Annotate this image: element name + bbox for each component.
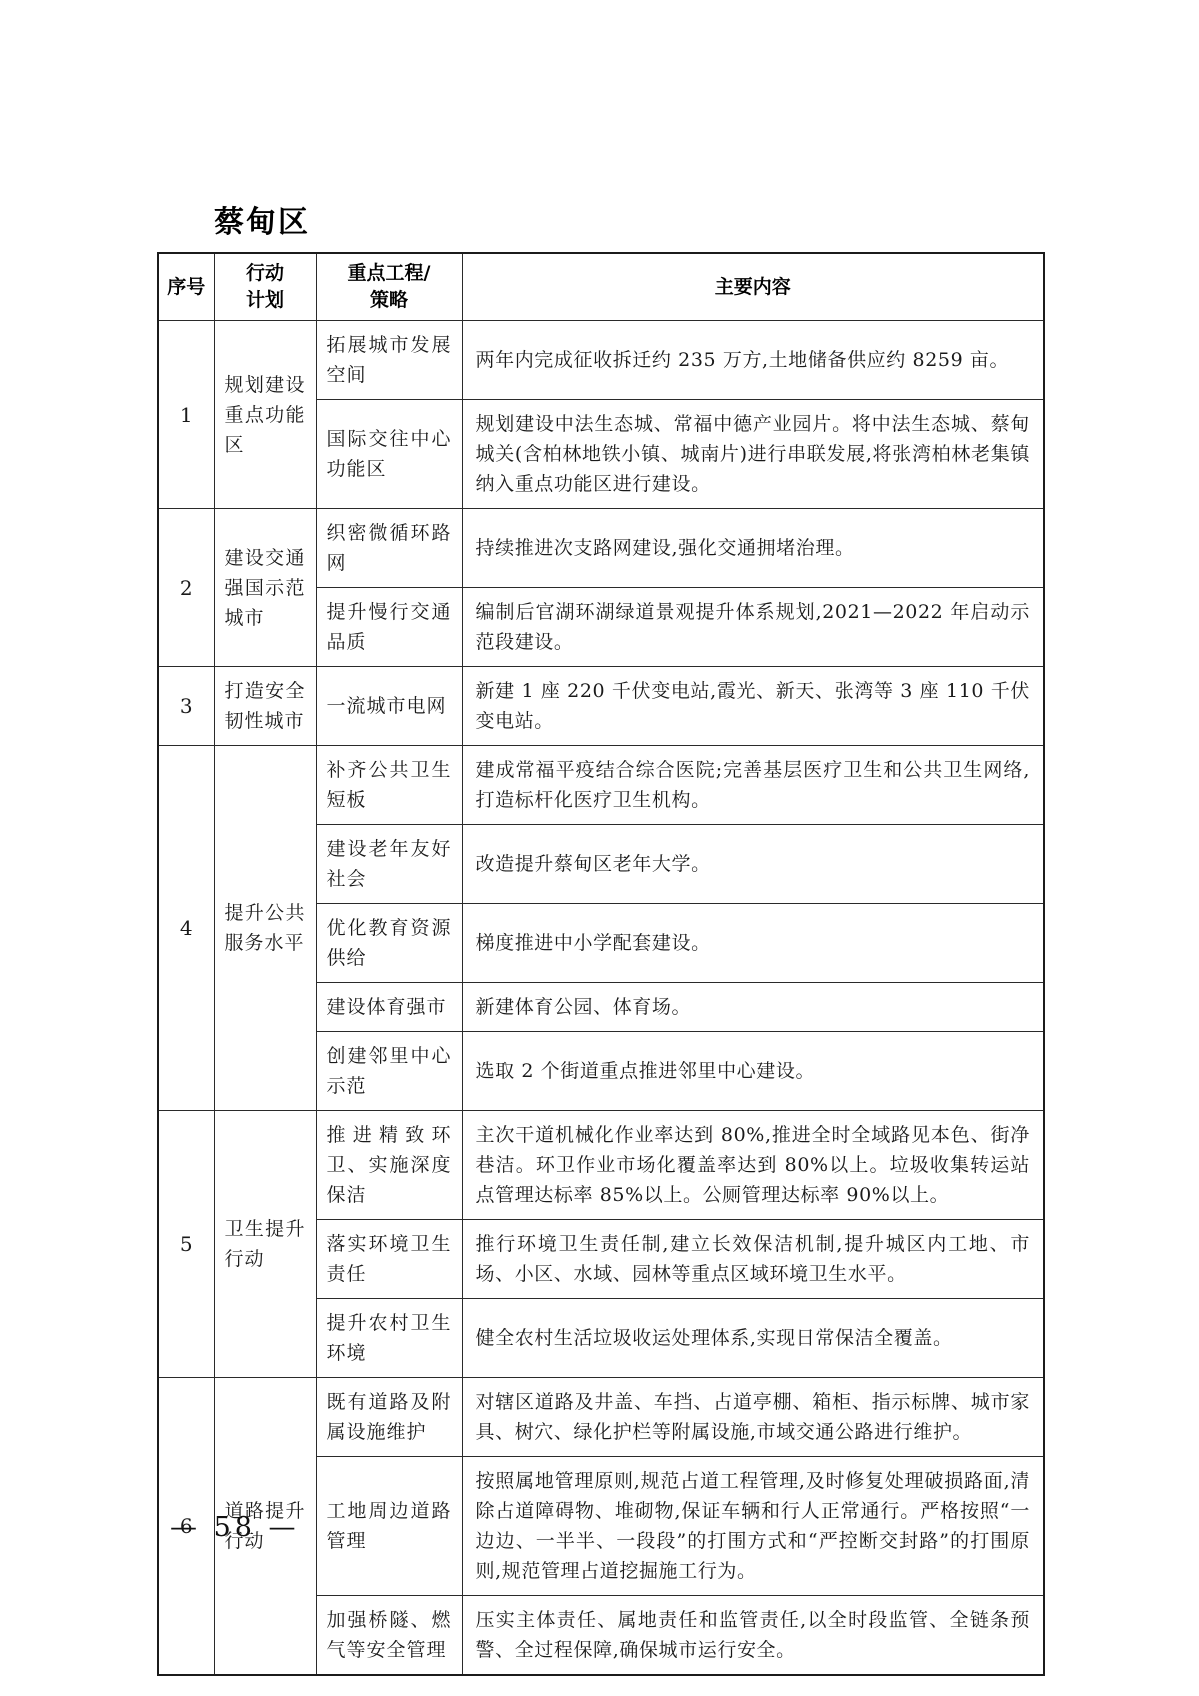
strategy-cell: 织密微循环路网	[316, 509, 462, 588]
content-cell: 新建 1 座 220 千伏变电站,霞光、新天、张湾等 3 座 110 千伏变电站…	[462, 667, 1044, 746]
action-plan-cell: 规划建设重点功能区	[214, 321, 316, 509]
row-number-cell: 5	[158, 1111, 214, 1378]
table-row: 3打造安全韧性城市一流城市电网新建 1 座 220 千伏变电站,霞光、新天、张湾…	[158, 667, 1044, 746]
strategy-cell: 推进精致环卫、实施深度保洁	[316, 1111, 462, 1220]
header-main-content: 主要内容	[462, 253, 1044, 321]
table-row: 4提升公共服务水平补齐公共卫生短板建成常福平疫结合综合医院;完善基层医疗卫生和公…	[158, 746, 1044, 825]
strategy-cell: 优化教育资源供给	[316, 904, 462, 983]
content-cell: 新建体育公园、体育场。	[462, 983, 1044, 1032]
content-cell: 两年内完成征收拆迁约 235 万方,土地储备供应约 8259 亩。	[462, 321, 1044, 400]
table-row: 2建设交通强国示范城市织密微循环路网持续推进次支路网建设,强化交通拥堵治理。	[158, 509, 1044, 588]
header-action-plan: 行动 计划	[214, 253, 316, 321]
strategy-cell: 一流城市电网	[316, 667, 462, 746]
strategy-cell: 拓展城市发展空间	[316, 321, 462, 400]
document-page: 蔡甸区 序号 行动 计划 重点工程/ 策略 主要内容 1规划建设重点功能区拓展城…	[0, 0, 1199, 1696]
table-row: 6道路提升行动既有道路及附属设施维护对辖区道路及井盖、车挡、占道亭棚、箱柜、指示…	[158, 1378, 1044, 1457]
content-cell: 持续推进次支路网建设,强化交通拥堵治理。	[462, 509, 1044, 588]
page-number: — 58 —	[170, 1512, 300, 1543]
page-title: 蔡甸区	[214, 205, 310, 241]
strategy-cell: 提升慢行交通品质	[316, 588, 462, 667]
content-cell: 规划建设中法生态城、常福中德产业园片。将中法生态城、蔡甸城关(含柏林地铁小镇、城…	[462, 400, 1044, 509]
table-header-row: 序号 行动 计划 重点工程/ 策略 主要内容	[158, 253, 1044, 321]
district-action-table: 序号 行动 计划 重点工程/ 策略 主要内容 1规划建设重点功能区拓展城市发展空…	[157, 252, 1045, 1676]
action-plan-cell: 打造安全韧性城市	[214, 667, 316, 746]
row-number-cell: 1	[158, 321, 214, 509]
table-body: 1规划建设重点功能区拓展城市发展空间两年内完成征收拆迁约 235 万方,土地储备…	[158, 321, 1044, 1676]
table-row: 5卫生提升行动推进精致环卫、实施深度保洁主次干道机械化作业率达到 80%,推进全…	[158, 1111, 1044, 1220]
table-header: 序号 行动 计划 重点工程/ 策略 主要内容	[158, 253, 1044, 321]
content-cell: 建成常福平疫结合综合医院;完善基层医疗卫生和公共卫生网络,打造标杆化医疗卫生机构…	[462, 746, 1044, 825]
content-cell: 压实主体责任、属地责任和监管责任,以全时段监管、全链条预警、全过程保障,确保城市…	[462, 1596, 1044, 1676]
action-plan-cell: 卫生提升行动	[214, 1111, 316, 1378]
header-serial-number: 序号	[158, 253, 214, 321]
row-number-cell: 2	[158, 509, 214, 667]
content-cell: 按照属地管理原则,规范占道工程管理,及时修复处理破损路面,清除占道障碍物、堆砌物…	[462, 1457, 1044, 1596]
content-cell: 健全农村生活垃圾收运处理体系,实现日常保洁全覆盖。	[462, 1299, 1044, 1378]
strategy-cell: 建设老年友好社会	[316, 825, 462, 904]
row-number-cell: 3	[158, 667, 214, 746]
strategy-cell: 提升农村卫生环境	[316, 1299, 462, 1378]
strategy-cell: 既有道路及附属设施维护	[316, 1378, 462, 1457]
action-plan-cell: 提升公共服务水平	[214, 746, 316, 1111]
content-cell: 选取 2 个街道重点推进邻里中心建设。	[462, 1032, 1044, 1111]
content-cell: 编制后官湖环湖绿道景观提升体系规划,2021—2022 年启动示范段建设。	[462, 588, 1044, 667]
content-cell: 梯度推进中小学配套建设。	[462, 904, 1044, 983]
strategy-cell: 工地周边道路管理	[316, 1457, 462, 1596]
strategy-cell: 加强桥隧、燃气等安全管理	[316, 1596, 462, 1676]
content-cell: 对辖区道路及井盖、车挡、占道亭棚、箱柜、指示标牌、城市家具、树穴、绿化护栏等附属…	[462, 1378, 1044, 1457]
content-cell: 改造提升蔡甸区老年大学。	[462, 825, 1044, 904]
table-row: 1规划建设重点功能区拓展城市发展空间两年内完成征收拆迁约 235 万方,土地储备…	[158, 321, 1044, 400]
strategy-cell: 落实环境卫生责任	[316, 1220, 462, 1299]
action-plan-cell: 建设交通强国示范城市	[214, 509, 316, 667]
strategy-cell: 建设体育强市	[316, 983, 462, 1032]
strategy-cell: 创建邻里中心示范	[316, 1032, 462, 1111]
content-cell: 推行环境卫生责任制,建立长效保洁机制,提升城区内工地、市场、小区、水域、园林等重…	[462, 1220, 1044, 1299]
content-cell: 主次干道机械化作业率达到 80%,推进全时全域路见本色、街净巷洁。环卫作业市场化…	[462, 1111, 1044, 1220]
row-number-cell: 4	[158, 746, 214, 1111]
strategy-cell: 补齐公共卫生短板	[316, 746, 462, 825]
header-key-project-strategy: 重点工程/ 策略	[316, 253, 462, 321]
strategy-cell: 国际交往中心功能区	[316, 400, 462, 509]
